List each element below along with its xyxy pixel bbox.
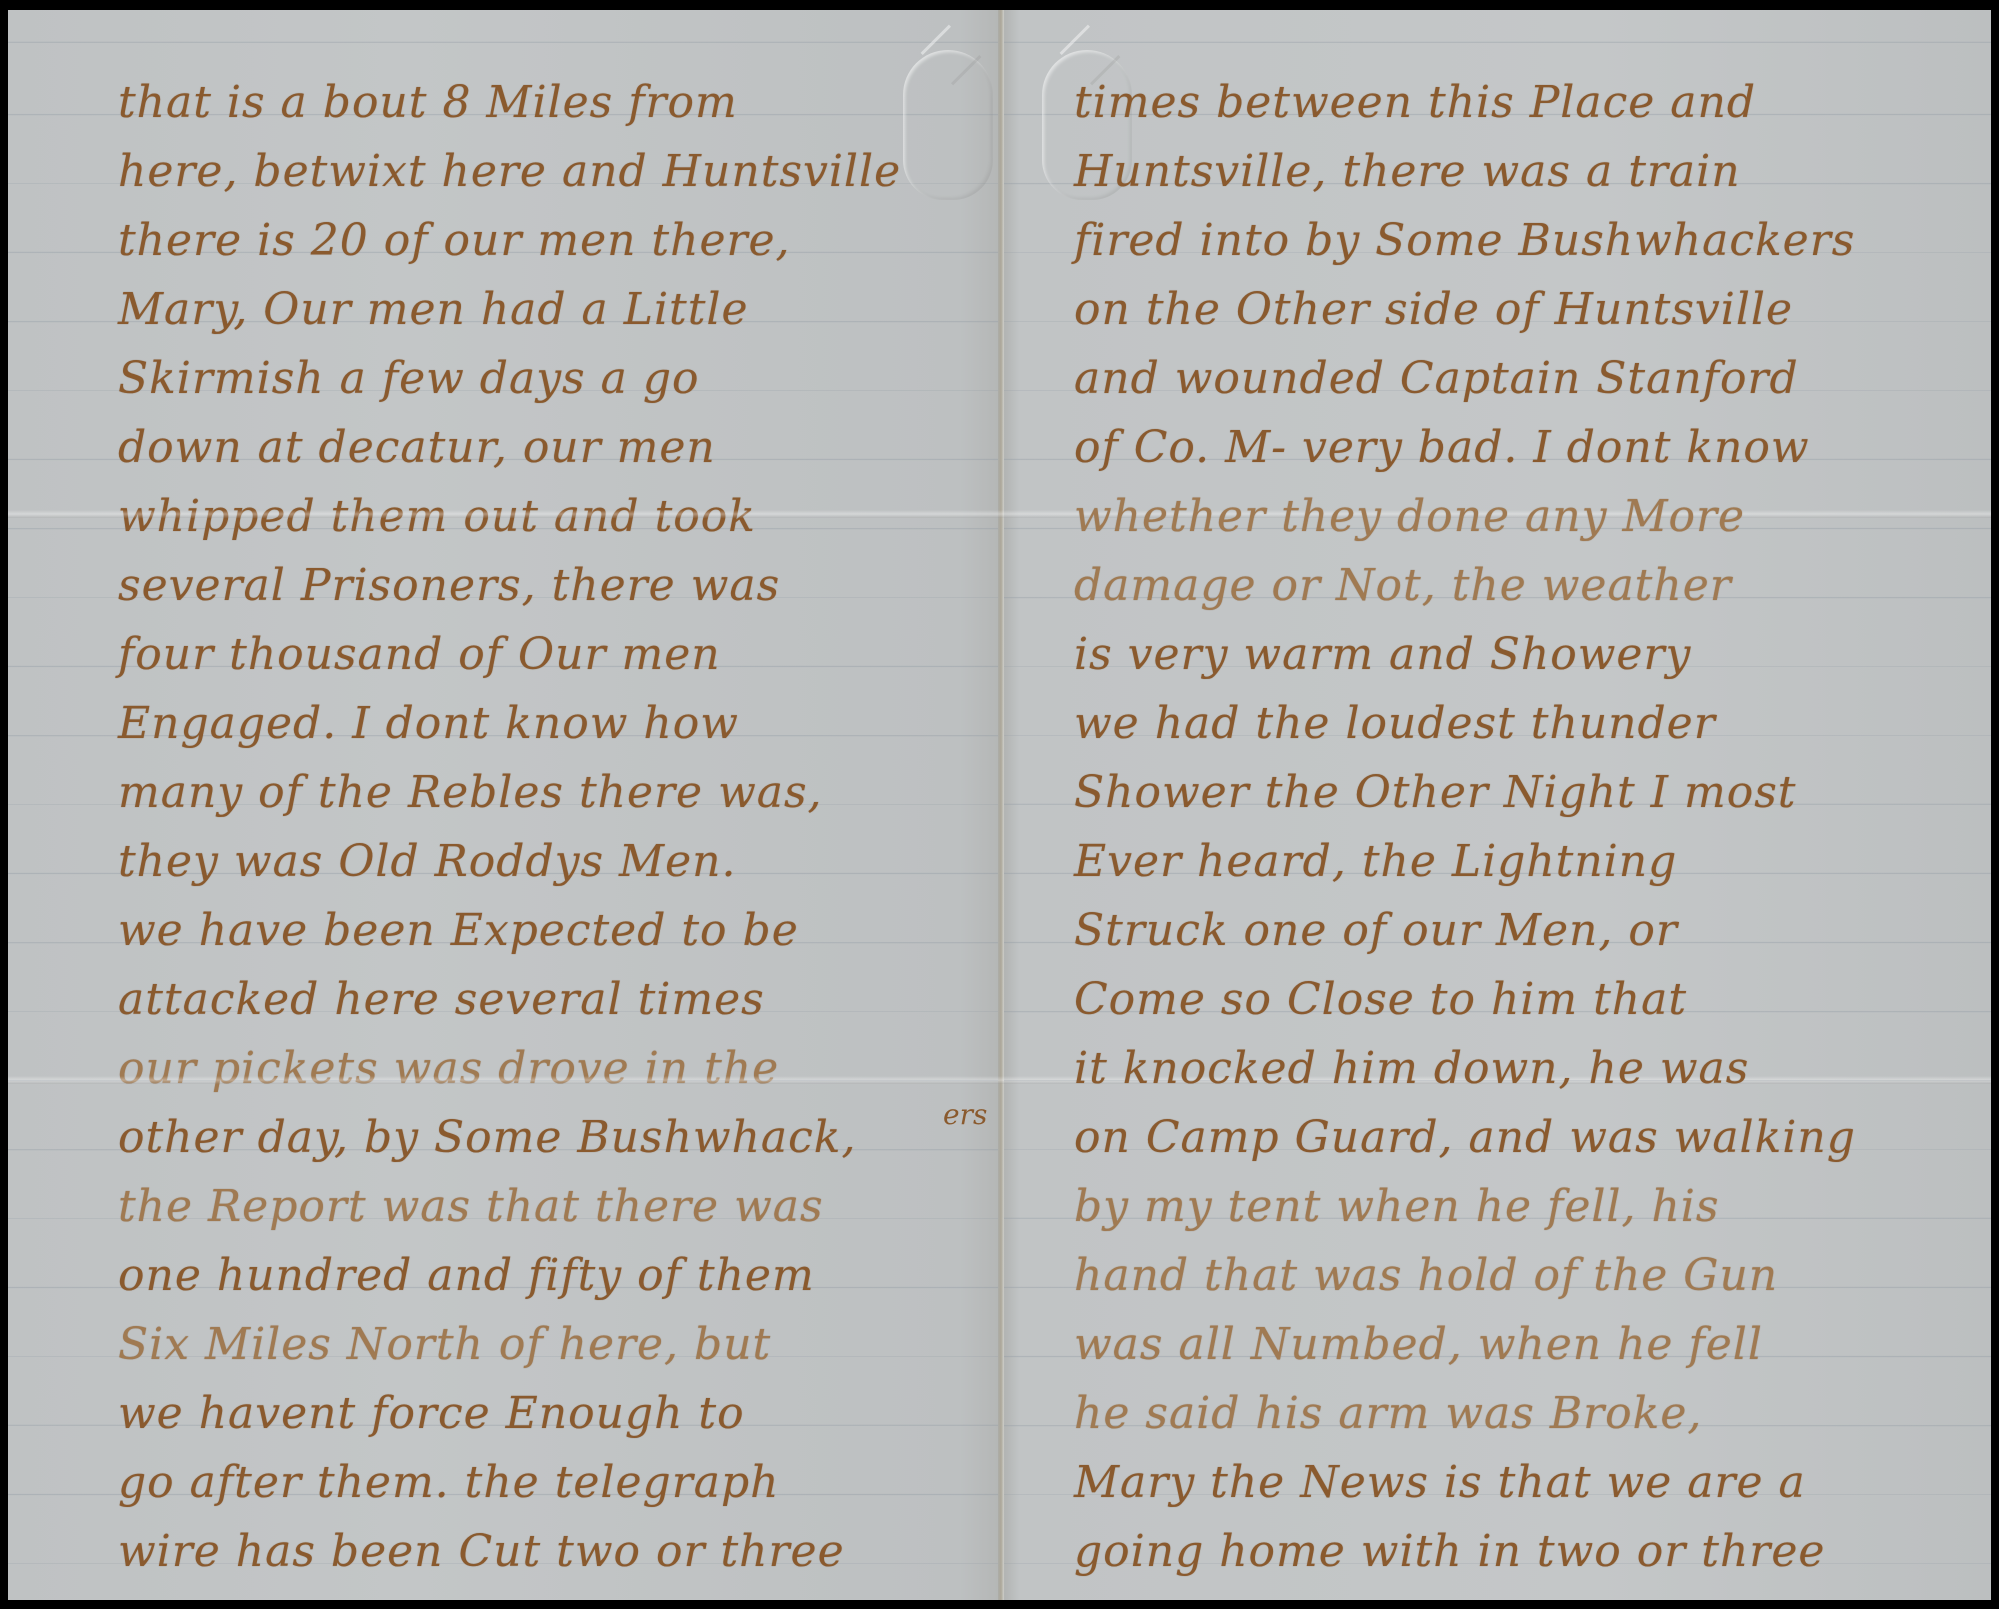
text-line: whether they done any More	[1004, 482, 1991, 551]
text-line: he said his arm was Broke,	[1004, 1379, 1991, 1448]
text-line: we had the loudest thunder	[1004, 689, 1991, 758]
text-line: there is 20 of our men there,	[8, 206, 998, 275]
text-line: we have been Expected to be	[8, 896, 998, 965]
text-line: the Report was that there was	[8, 1172, 998, 1241]
text-line: attacked here several times	[8, 965, 998, 1034]
text-line: fired into by Some Bushwhackers	[1004, 206, 1991, 275]
text-line: Struck one of our Men, or	[1004, 896, 1991, 965]
text-line: they was Old Roddys Men.	[8, 827, 998, 896]
text-line: Shower the Other Night I most	[1004, 758, 1991, 827]
text-line: hand that was hold of the Gun	[1004, 1241, 1991, 1310]
text-line: one hundred and fifty of them	[8, 1241, 998, 1310]
letter-sheet: that is a bout 8 Miles from here, betwix…	[8, 10, 1991, 1600]
text-line: that is a bout 8 Miles from	[8, 68, 998, 137]
text-line: damage or Not, the weather	[1004, 551, 1991, 620]
text-line: by my tent when he fell, his	[1004, 1172, 1991, 1241]
text-line: Engaged. I dont know how	[8, 689, 998, 758]
text-line: our pickets was drove in the	[8, 1034, 998, 1103]
text-line: is very warm and Showery	[1004, 620, 1991, 689]
left-page: that is a bout 8 Miles from here, betwix…	[8, 10, 998, 1600]
text-line: wire has been Cut two or three	[8, 1517, 998, 1586]
text-line: of Co. M- very bad. I dont know	[1004, 413, 1991, 482]
interlinear-insertion: ers	[943, 1098, 987, 1131]
text-line: many of the Rebles there was,	[8, 758, 998, 827]
text-line: down at decatur, our men	[8, 413, 998, 482]
right-page: times between this Place and Huntsville,…	[1004, 10, 1991, 1600]
text-line: times between this Place and	[1004, 68, 1991, 137]
text-line: it knocked him down, he was	[1004, 1034, 1991, 1103]
text-line: here, betwixt here and Huntsville	[8, 137, 998, 206]
text-line: Skirmish a few days a go	[8, 344, 998, 413]
text-line: go after them. the telegraph	[8, 1448, 998, 1517]
text-line: Mary, Our men had a Little	[8, 275, 998, 344]
text-line: Come so Close to him that	[1004, 965, 1991, 1034]
left-page-text: that is a bout 8 Miles from here, betwix…	[8, 68, 998, 1586]
text-line: we havent force Enough to	[8, 1379, 998, 1448]
text-line: Huntsville, there was a train	[1004, 137, 1991, 206]
text-line: was all Numbed, when he fell	[1004, 1310, 1991, 1379]
right-page-text: times between this Place and Huntsville,…	[1004, 68, 1991, 1586]
text-line: Mary the News is that we are a	[1004, 1448, 1991, 1517]
text-line: Ever heard, the Lightning	[1004, 827, 1991, 896]
text-line: on Camp Guard, and was walking	[1004, 1103, 1991, 1172]
text-line: and wounded Captain Stanford	[1004, 344, 1991, 413]
text-line: going home with in two or three	[1004, 1517, 1991, 1586]
text-line: several Prisoners, there was	[8, 551, 998, 620]
text-line: four thousand of Our men	[8, 620, 998, 689]
text-line: other day, by Some Bushwhack,	[8, 1103, 998, 1172]
text-line: Six Miles North of here, but	[8, 1310, 998, 1379]
text-line: on the Other side of Huntsville	[1004, 275, 1991, 344]
